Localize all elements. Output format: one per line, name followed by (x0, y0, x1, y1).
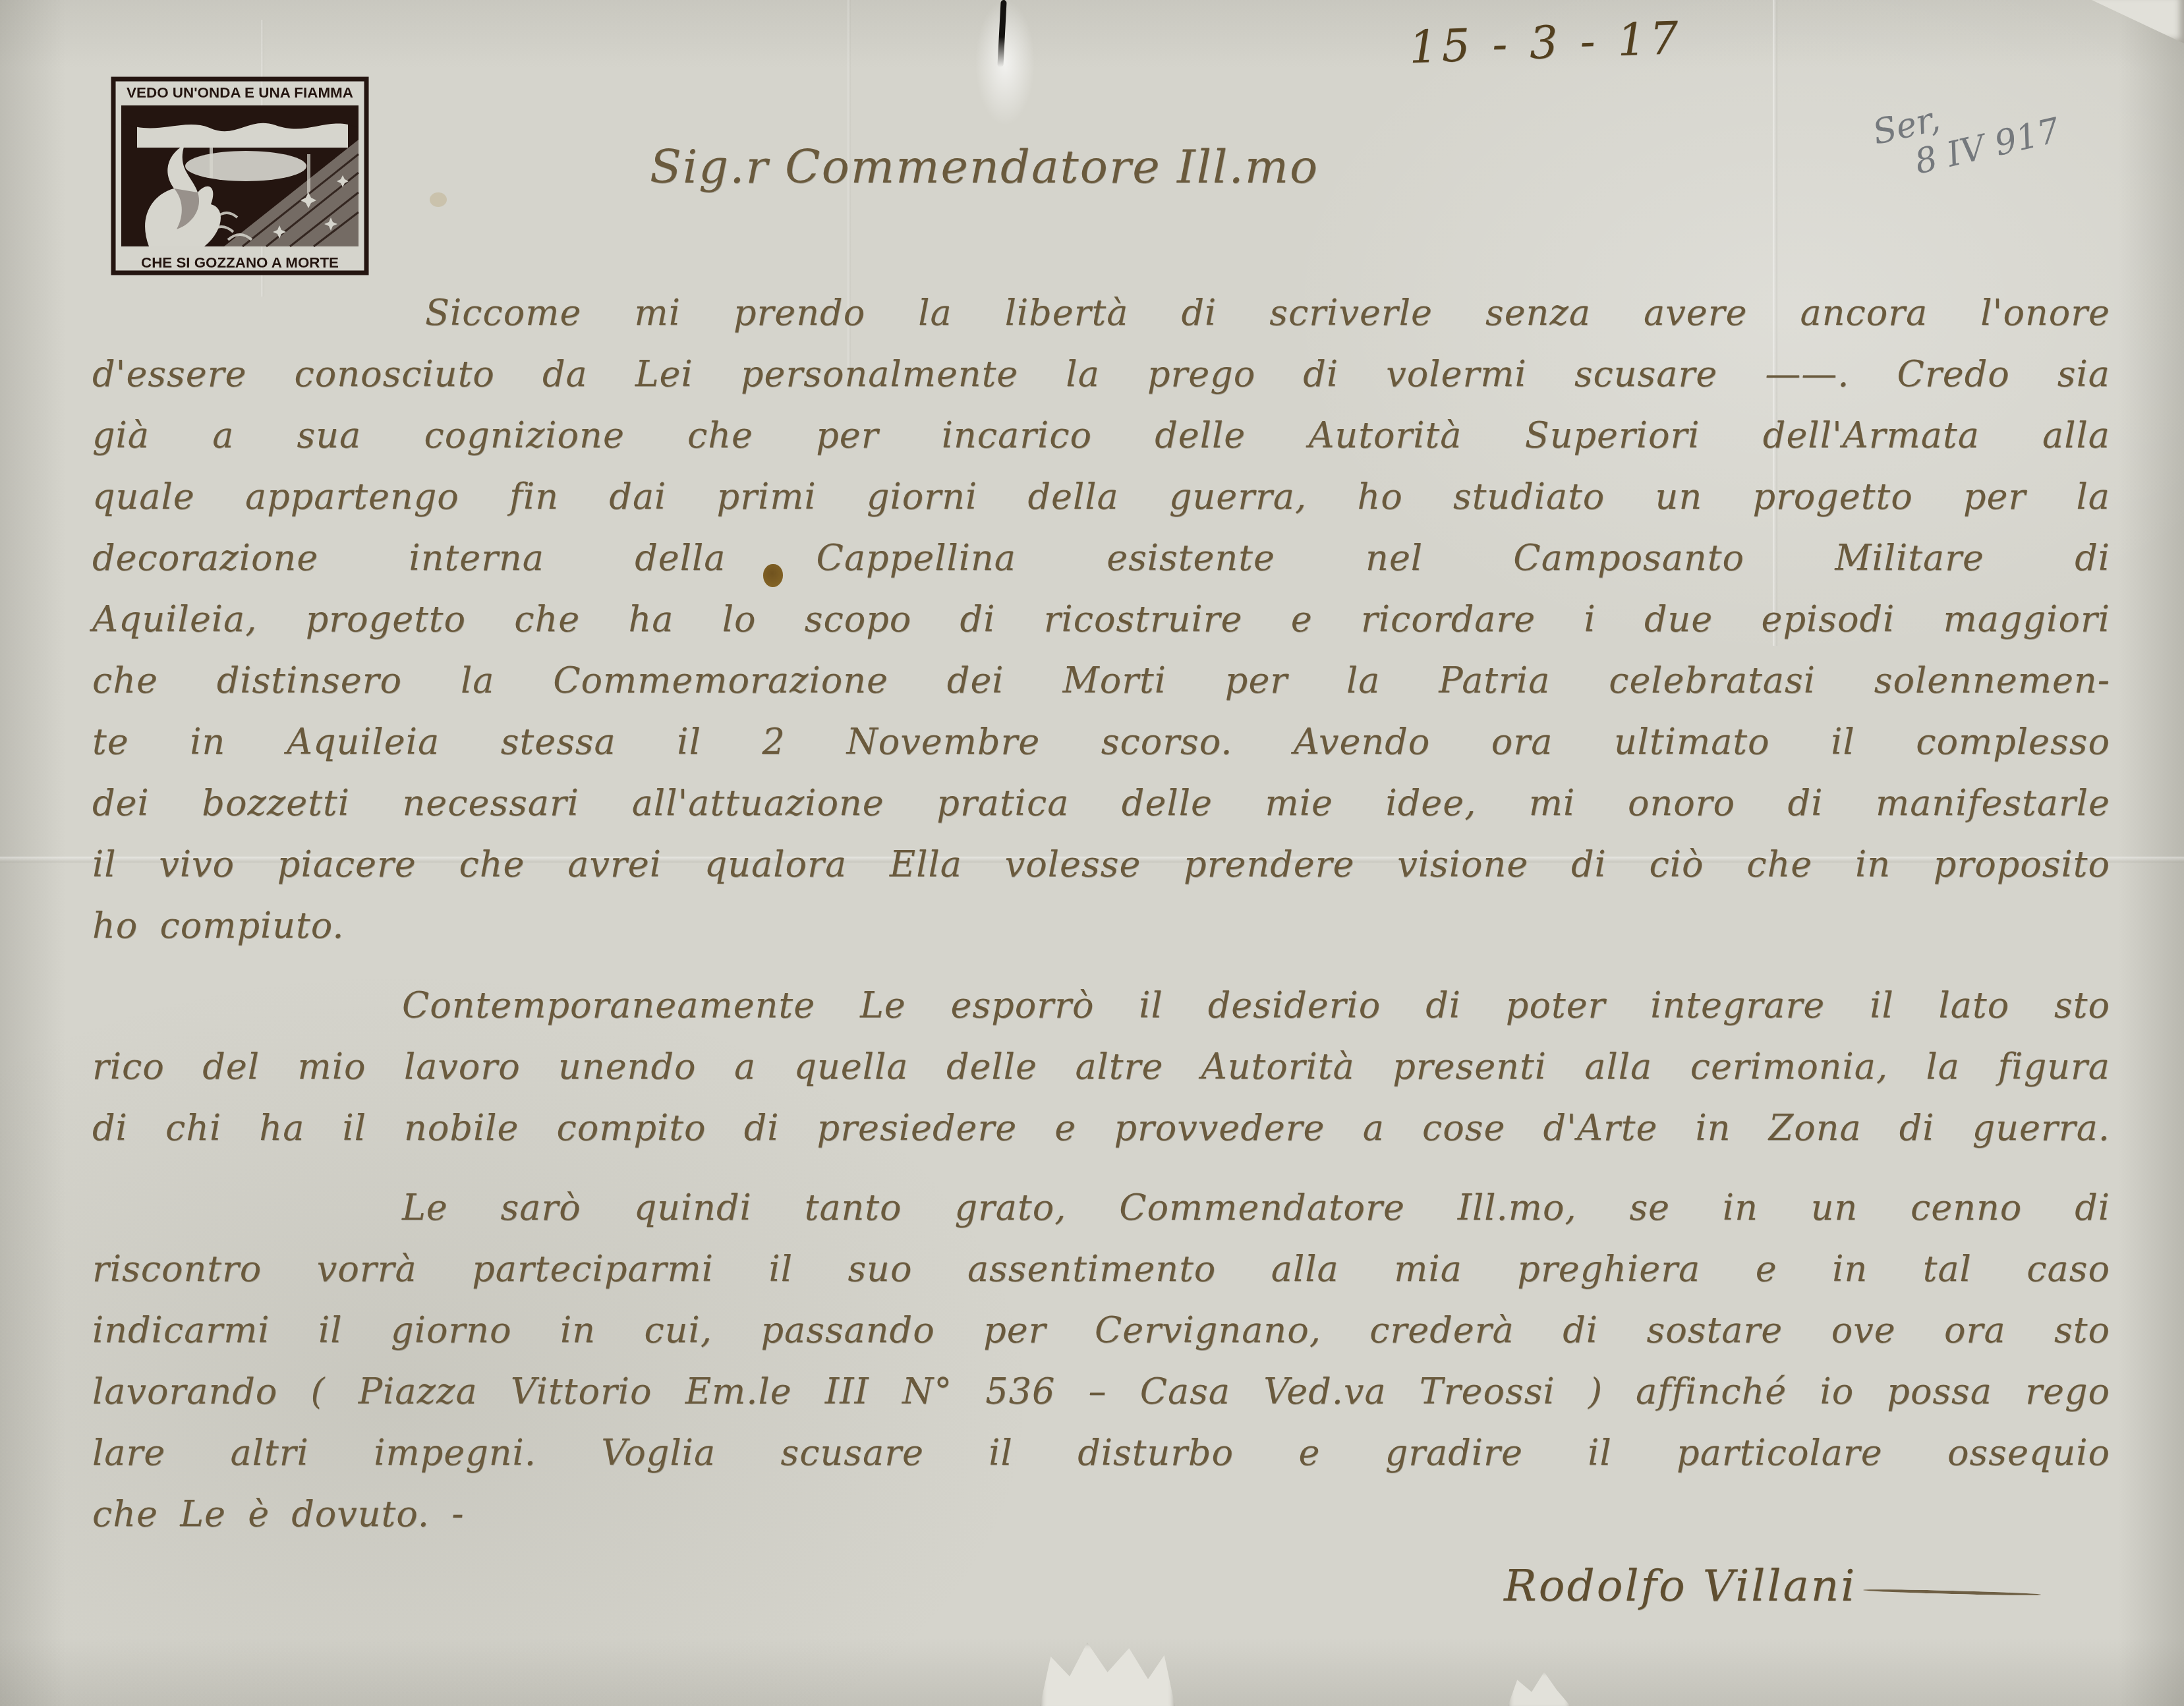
handwritten-line: decorazione interna della Cappellina esi… (92, 527, 2110, 588)
stamp-motto-bottom: CHE SI GOZZANO A MORTE (141, 254, 339, 271)
handwritten-line: che distinsero la Commemorazione dei Mor… (92, 650, 2110, 711)
handwritten-line: Le sarò quindi tanto grato, Commendatore… (92, 1177, 2110, 1238)
signature: Rodolfo Villani (1504, 1560, 2041, 1611)
signature-name: Rodolfo Villani (1504, 1560, 1856, 1611)
handwritten-line: d'essere conosciuto da Lei personalmente… (92, 343, 2110, 405)
letterhead-stamp: VEDO UN'ONDA E UNA FIAMMA (111, 76, 369, 275)
handwritten-line: rico del mio lavoro unendo a quella dell… (92, 1036, 2110, 1097)
paragraph: Contemporaneamente Le esporrò il desider… (92, 975, 2110, 1158)
handwritten-line: dei bozzetti necessari all'attuazione pr… (92, 772, 2110, 834)
stamp-vignette-icon: VEDO UN'ONDA E UNA FIAMMA (111, 76, 369, 275)
paper-tear-top-right-corner (2092, 0, 2184, 43)
handwritten-line: di chi ha il nobile compito di presieder… (92, 1097, 2110, 1158)
date-annotation: 15 - 3 - 17 (1408, 13, 1683, 74)
paragraph: Siccome mi prendo la libertà di scriverl… (92, 282, 2110, 956)
paper-tear-bottom-small (1508, 1666, 1570, 1706)
handwritten-line: ho compiuto. (92, 895, 2110, 956)
letter-body: Siccome mi prendo la libertà di scriverl… (92, 282, 2110, 1545)
handwritten-line: Aquileia, progetto che ha lo scopo di ri… (92, 588, 2110, 650)
handwritten-line: lavorando ( Piazza Vittorio Em.le III N°… (92, 1361, 2110, 1422)
stamp-motto-top: VEDO UN'ONDA E UNA FIAMMA (127, 84, 353, 101)
handwritten-line: che Le è dovuto. - (92, 1483, 2110, 1545)
stamp-scene (121, 105, 359, 246)
handwritten-line: quale appartengo fin dai primi giorni de… (92, 466, 2110, 527)
paragraph: Le sarò quindi tanto grato, Commendatore… (92, 1177, 2110, 1545)
handwritten-line: Contemporaneamente Le esporrò il desider… (92, 975, 2110, 1036)
handwritten-line: riscontro vorrà parteciparmi il suo asse… (92, 1238, 2110, 1299)
handwritten-line: indicarmi il giorno in cui, passando per… (92, 1299, 2110, 1361)
paper-tear-bottom (1040, 1635, 1175, 1706)
pencil-annotation: Ser, 8 IV 917 (1869, 74, 2063, 189)
letter-scan: { "page": { "paper_color": "#d5d4cc", "i… (0, 0, 2184, 1706)
handwritten-line: te in Aquileia stessa il 2 Novembre scor… (92, 711, 2110, 772)
handwritten-line: già a sua cognizione che per incarico de… (92, 405, 2110, 466)
handwritten-line: Siccome mi prendo la libertà di scriverl… (92, 282, 2110, 343)
signature-flourish (1863, 1588, 2041, 1596)
foxing-spot (430, 192, 447, 207)
salutation: Sig.r Commendatore Ill.mo (650, 140, 1319, 194)
handwritten-line: lare altri impegni. Voglia scusare il di… (92, 1422, 2110, 1483)
handwritten-line: il vivo piacere che avrei qualora Ella v… (92, 834, 2110, 895)
